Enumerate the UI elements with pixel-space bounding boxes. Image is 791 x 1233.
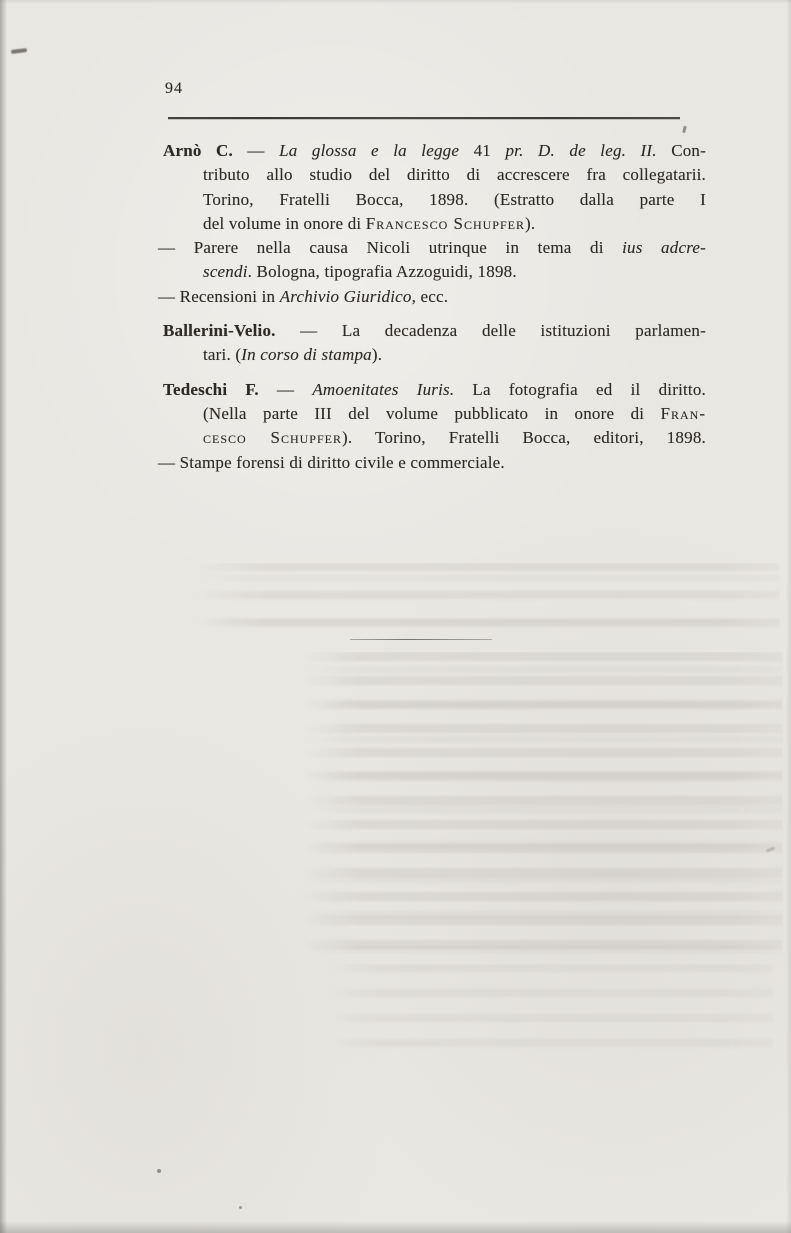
ink-speck [157, 1169, 161, 1173]
entry-line: Ballerini-Velio. — La decadenza delle is… [163, 319, 706, 343]
entry-line: (Nella parte III del volume pubblicato i… [203, 402, 706, 426]
text-segment: — Parere nella causa Nicoli utrinque in … [158, 238, 622, 257]
text-segment: Arnò C. [163, 141, 233, 160]
entry-line: Torino, Fratelli Bocca, 1898. (Estratto … [203, 188, 706, 212]
text-segment: , ecc. [412, 287, 449, 306]
text-segment: 41 [459, 141, 505, 160]
text-segment: ). [525, 214, 535, 233]
text-segment: La fotografia ed il diritto. [454, 380, 706, 399]
entry-line: del volume in onore di Francesco Schupfe… [203, 212, 706, 236]
entry-tedeschi-stampe: — Stampe forensi di diritto civile e com… [163, 451, 706, 475]
entry-line: Arnò C. — La glossa e la legge 41 pr. D.… [163, 139, 706, 163]
text-segment: Fran- [661, 404, 706, 423]
entry-line: tari. (In corso di stampa). [203, 343, 706, 367]
entry-ballerini-velio: Ballerini-Velio. — La decadenza delle is… [163, 319, 706, 368]
header-rule [168, 117, 680, 119]
text-segment: pr. D. de leg. II. [505, 141, 656, 160]
bibliography-text: Arnò C. — La glossa e la legge 41 pr. D.… [163, 139, 706, 475]
text-segment: Tedeschi F. [163, 380, 259, 399]
text-segment: Archivio Giuridico [280, 287, 412, 306]
text-segment: ). [372, 345, 382, 364]
text-segment: — La decadenza delle istituzioni parlame… [276, 321, 706, 340]
bleed-through-texture [328, 964, 773, 1064]
text-segment: Con- [657, 141, 706, 160]
text-segment: Francesco Schupfer [366, 214, 525, 233]
entry-arno: Arnò C. — La glossa e la legge 41 pr. D.… [163, 139, 706, 236]
entry-tedeschi: Tedeschi F. — Amoenitates Iuris. La foto… [163, 378, 706, 451]
page-edge-shadow [0, 0, 7, 1233]
book-page-scan: 94 Arnò C. — La glossa e la legge 41 pr.… [0, 0, 791, 1233]
entry-line: scendi. Bologna, tipografia Azzoguidi, 1… [203, 260, 706, 284]
text-segment: cesco Schupfer [203, 428, 342, 447]
text-segment: scendi [203, 262, 248, 281]
text-segment: Ballerini-Velio. [163, 321, 276, 340]
text-segment: In corso di stampa [241, 345, 372, 364]
text-segment: — [233, 141, 279, 160]
entry-line: cesco Schupfer). Torino, Fratelli Bocca,… [203, 426, 706, 450]
bleed-through-texture [303, 652, 783, 964]
text-segment: — Recensioni in [158, 287, 280, 306]
entry-arno-parere: — Parere nella causa Nicoli utrinque in … [163, 236, 706, 285]
page-edge-shadow [786, 0, 791, 1233]
entry-line: — Parere nella causa Nicoli utrinque in … [158, 236, 706, 260]
text-segment: La glossa e la legge [279, 141, 459, 160]
separator-rule [350, 639, 492, 640]
page-number: 94 [165, 80, 183, 98]
text-segment: (Nella parte III del volume pubblicato i… [203, 404, 661, 423]
ink-speck [682, 126, 687, 134]
ink-smudge [11, 48, 27, 54]
entry-line: Tedeschi F. — Amoenitates Iuris. La foto… [163, 378, 706, 402]
text-segment: ius adcre- [622, 238, 706, 257]
text-segment: Amoenitates Iuris. [312, 380, 454, 399]
text-segment: del volume in onore di [203, 214, 366, 233]
entry-line: tributo allo studio del diritto di accre… [203, 163, 706, 187]
ink-speck [239, 1206, 242, 1209]
text-segment: ). Torino, Fratelli Bocca, editori, 1898… [342, 428, 706, 447]
entry-arno-recensioni: — Recensioni in Archivio Giuridico, ecc. [163, 285, 706, 309]
text-segment: — Stampe forensi di diritto civile e com… [158, 453, 505, 472]
text-segment: tributo allo studio del diritto di accre… [203, 165, 706, 184]
entry-line: — Stampe forensi di diritto civile e com… [158, 451, 706, 475]
text-segment: Torino, Fratelli Bocca, 1898. (Estratto … [203, 190, 706, 209]
page-edge-shadow [0, 0, 791, 4]
entry-line: — Recensioni in Archivio Giuridico, ecc. [158, 285, 706, 309]
page-edge-shadow [0, 1221, 791, 1233]
text-segment: — [259, 380, 312, 399]
text-segment: . Bologna, tipografia Azzoguidi, 1898. [248, 262, 517, 281]
bleed-through-texture [195, 563, 780, 647]
text-segment: tari. ( [203, 345, 241, 364]
